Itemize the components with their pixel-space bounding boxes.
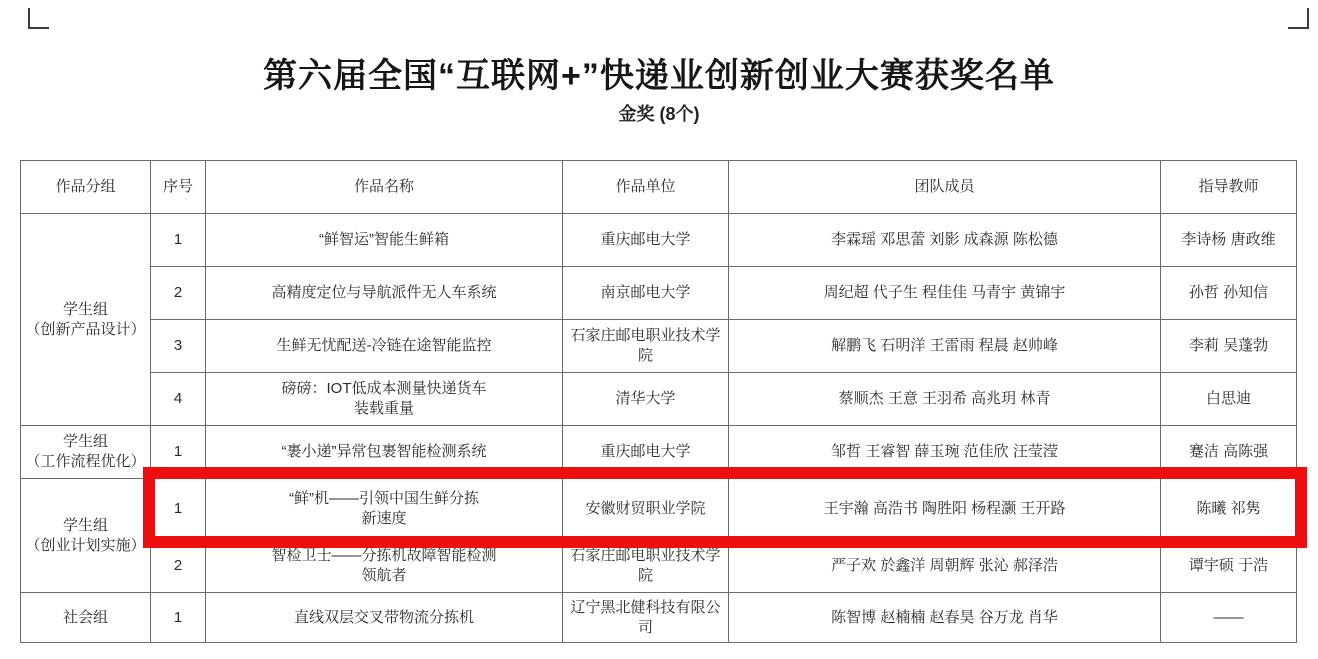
table-row: 2高精度定位与导航派件无人车系统南京邮电大学周纪超 代子生 程佳佳 马青宇 黄锦… [21,267,1297,320]
group-cell: 学生组 （创新产品设计） [21,214,151,426]
work-unit-cell: 石家庄邮电职业技术学院 [563,320,729,373]
table-row: 社会组1直线双层交叉带物流分拣机辽宁黑北健科技有限公司陈智博 赵楠楠 赵春昊 谷… [21,593,1297,643]
work-name-cell: 磅磅：IOT低成本测量快递货车 装载重量 [206,373,563,426]
work-unit-cell: 辽宁黑北健科技有限公司 [563,593,729,643]
work-unit-cell: 南京邮电大学 [563,267,729,320]
team-members-cell: 周纪超 代子生 程佳佳 马青宇 黄锦宇 [729,267,1161,320]
work-unit-cell: 重庆邮电大学 [563,426,729,479]
group-cell: 社会组 [21,593,151,643]
table-row: 学生组 （创新产品设计）1“鲜智运”智能生鲜箱重庆邮电大学李霖瑶 邓思蕾 刘影 … [21,214,1297,267]
work-name-cell: “裹小递”异常包裹智能检测系统 [206,426,563,479]
work-name-cell: “鲜”机——引领中国生鲜分拣 新速度 [206,479,563,540]
work-name-cell: 高精度定位与导航派件无人车系统 [206,267,563,320]
table-header-row: 作品分组序号作品名称作品单位团队成员指导教师 [21,161,1297,214]
group-cell: 学生组 （工作流程优化） [21,426,151,479]
row-number-cell: 4 [151,373,206,426]
row-number-cell: 1 [151,479,206,540]
table-row: 学生组 （创业计划实施）1“鲜”机——引领中国生鲜分拣 新速度安徽财贸职业学院王… [21,479,1297,540]
row-number-cell: 2 [151,540,206,593]
advisors-cell: 李莉 吴蓬勃 [1161,320,1297,373]
work-unit-cell: 安徽财贸职业学院 [563,479,729,540]
work-name-cell: 生鲜无忧配送-冷链在途智能监控 [206,320,563,373]
group-cell: 学生组 （创业计划实施） [21,479,151,593]
column-header: 作品分组 [21,161,151,214]
team-members-cell: 王宇瀚 高浩书 陶胜阳 杨程灏 王开路 [729,479,1161,540]
advisors-cell: 白思迪 [1161,373,1297,426]
team-members-cell: 解鹏飞 石明洋 王雷雨 程晨 赵帅峰 [729,320,1161,373]
row-number-cell: 2 [151,267,206,320]
page-title: 第六届全国“互联网+”快递业创新创业大赛获奖名单 [0,48,1318,97]
team-members-cell: 李霖瑶 邓思蕾 刘影 成森源 陈松德 [729,214,1161,267]
work-unit-cell: 清华大学 [563,373,729,426]
row-number-cell: 1 [151,426,206,479]
advisors-cell: —— [1161,593,1297,643]
column-header: 序号 [151,161,206,214]
team-members-cell: 蔡顺杰 王意 王羽希 高兆玥 林青 [729,373,1161,426]
column-header: 作品单位 [563,161,729,214]
award-document: 第六届全国“互联网+”快递业创新创业大赛获奖名单 金奖 (8个) 作品分组序号作… [0,0,1318,659]
work-name-cell: 直线双层交叉带物流分拣机 [206,593,563,643]
page-subtitle: 金奖 (8个) [0,100,1318,126]
crop-corner-left [28,8,49,29]
row-number-cell: 1 [151,593,206,643]
award-table: 作品分组序号作品名称作品单位团队成员指导教师 学生组 （创新产品设计）1“鲜智运… [20,160,1297,643]
advisors-cell: 谭宇硕 于浩 [1161,540,1297,593]
team-members-cell: 邹哲 王睿智 薛玉琬 范佳欣 汪莹滢 [729,426,1161,479]
column-header: 作品名称 [206,161,563,214]
work-unit-cell: 石家庄邮电职业技术学院 [563,540,729,593]
crop-corner-right [1288,8,1309,29]
advisors-cell: 陈曦 祁隽 [1161,479,1297,540]
work-name-cell: “鲜智运”智能生鲜箱 [206,214,563,267]
row-number-cell: 1 [151,214,206,267]
team-members-cell: 陈智博 赵楠楠 赵春昊 谷万龙 肖华 [729,593,1161,643]
table-row: 3生鲜无忧配送-冷链在途智能监控石家庄邮电职业技术学院解鹏飞 石明洋 王雷雨 程… [21,320,1297,373]
work-unit-cell: 重庆邮电大学 [563,214,729,267]
advisors-cell: 蹇洁 高陈强 [1161,426,1297,479]
row-number-cell: 3 [151,320,206,373]
table-row: 学生组 （工作流程优化）1“裹小递”异常包裹智能检测系统重庆邮电大学邹哲 王睿智… [21,426,1297,479]
advisors-cell: 孙哲 孙知信 [1161,267,1297,320]
column-header: 指导教师 [1161,161,1297,214]
table-row: 4磅磅：IOT低成本测量快递货车 装载重量清华大学蔡顺杰 王意 王羽希 高兆玥 … [21,373,1297,426]
work-name-cell: 智检卫士——分拣机故障智能检测 领航者 [206,540,563,593]
table-row: 2智检卫士——分拣机故障智能检测 领航者石家庄邮电职业技术学院严子欢 於鑫洋 周… [21,540,1297,593]
award-table-body: 学生组 （创新产品设计）1“鲜智运”智能生鲜箱重庆邮电大学李霖瑶 邓思蕾 刘影 … [21,214,1297,643]
advisors-cell: 李诗杨 唐政维 [1161,214,1297,267]
team-members-cell: 严子欢 於鑫洋 周朝辉 张沁 郝泽浩 [729,540,1161,593]
column-header: 团队成员 [729,161,1161,214]
